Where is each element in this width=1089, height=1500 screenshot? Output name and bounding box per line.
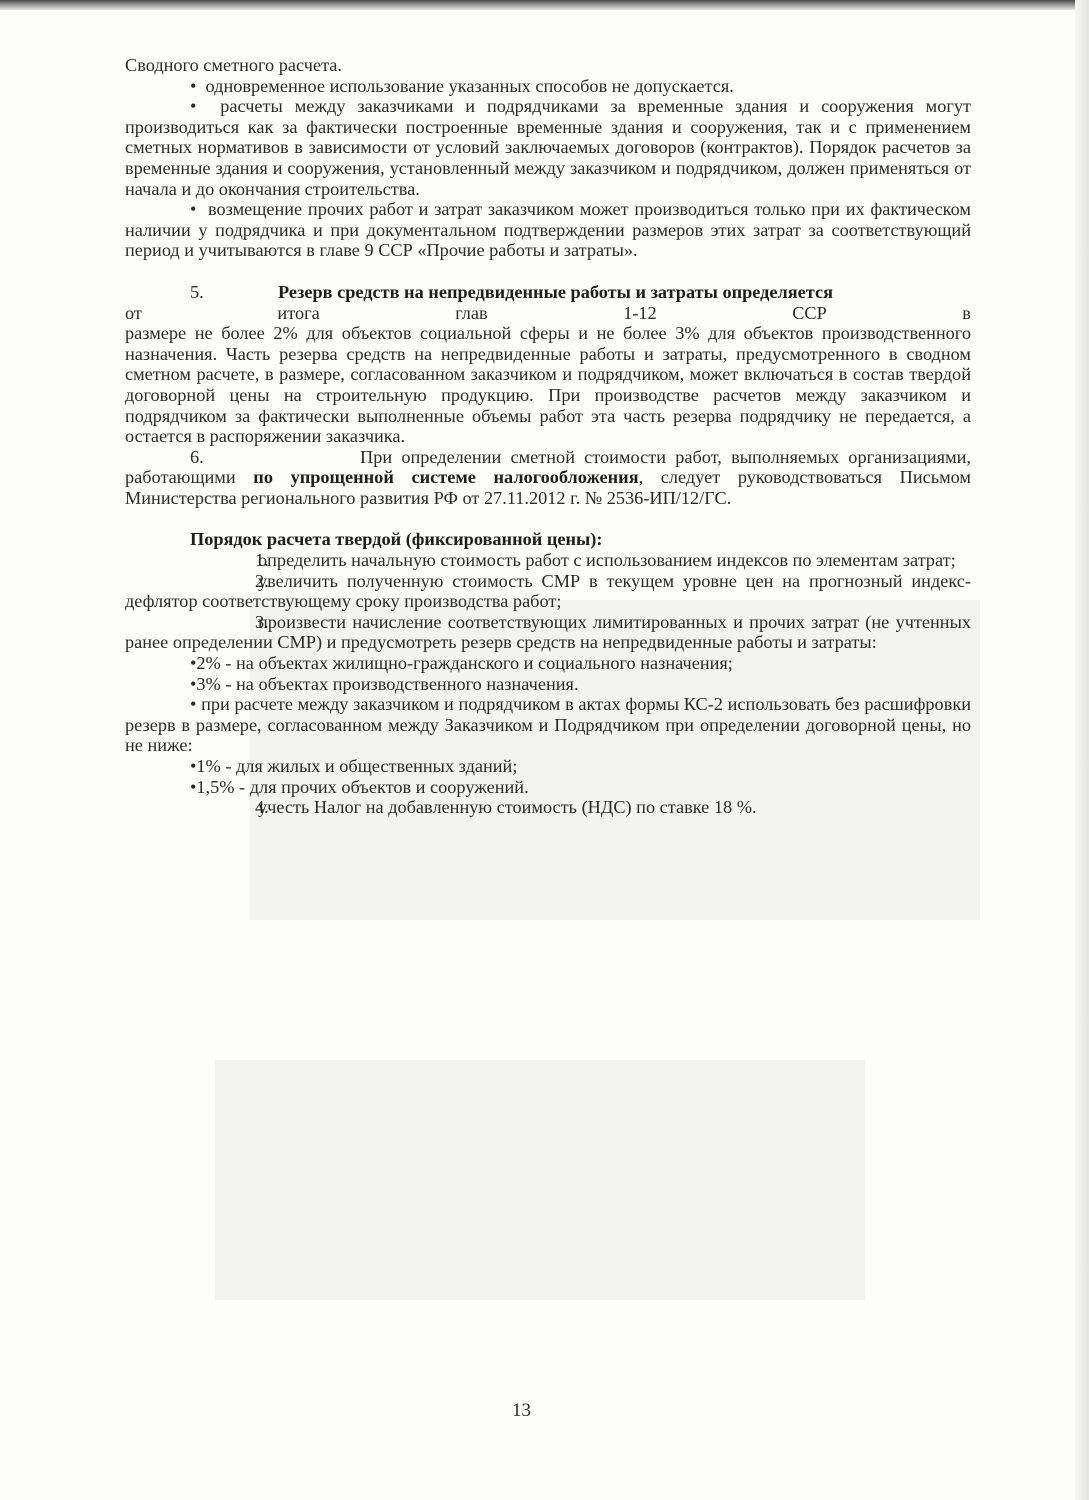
scan-edge-right (1075, 0, 1089, 1500)
continuation-line: Сводного сметного расчета. (125, 55, 971, 76)
step-1: 1.определить начальную стоимость работ с… (125, 550, 971, 571)
bullet-item: • возмещение прочих работ и затрат заказ… (125, 199, 971, 261)
bullet-icon: • (190, 199, 196, 219)
reserve-item: •1,5% - для прочих объектов и сооружений… (125, 777, 971, 798)
step-3: 3.произвести начисление соответствующих … (125, 612, 971, 653)
bullet-item: • расчеты между заказчиками и подрядчика… (125, 96, 971, 199)
reserve-item: •3% - на объектах производственного назн… (125, 674, 971, 695)
scan-edge-top (0, 0, 1089, 10)
section-5-body: размере не более 2% для объектов социаль… (125, 323, 971, 447)
section-5-spread-line: от итога глав 1-12 ССР в (125, 303, 971, 324)
document-body: Сводного сметного расчета. • одновременн… (125, 55, 971, 818)
bullet-icon: • (190, 76, 196, 96)
reserve-item: •2% - на объектах жилищно-гражданского и… (125, 653, 971, 674)
reserve-item: •1% - для жилых и общественных зданий; (125, 756, 971, 777)
step-4: 4.учесть Налог на добавленную стоимость … (125, 797, 971, 818)
section-5-heading: 5.Резерв средств на непредвиденные работ… (125, 282, 971, 303)
fixed-price-heading: Порядок расчета твердой (фиксированной ц… (125, 529, 971, 550)
reserve-item: • при расчете между заказчиком и подрядч… (125, 694, 971, 756)
bullet-item: • одновременное использование указанных … (125, 76, 971, 97)
page-number: 13 (512, 1400, 531, 1422)
section-6: 6.При определении сметной стоимости рабо… (125, 447, 971, 509)
bleed-through-table-2 (215, 1060, 865, 1300)
bullet-icon: • (190, 96, 196, 116)
step-2: 2.увеличить полученную стоимость СМР в т… (125, 571, 971, 612)
